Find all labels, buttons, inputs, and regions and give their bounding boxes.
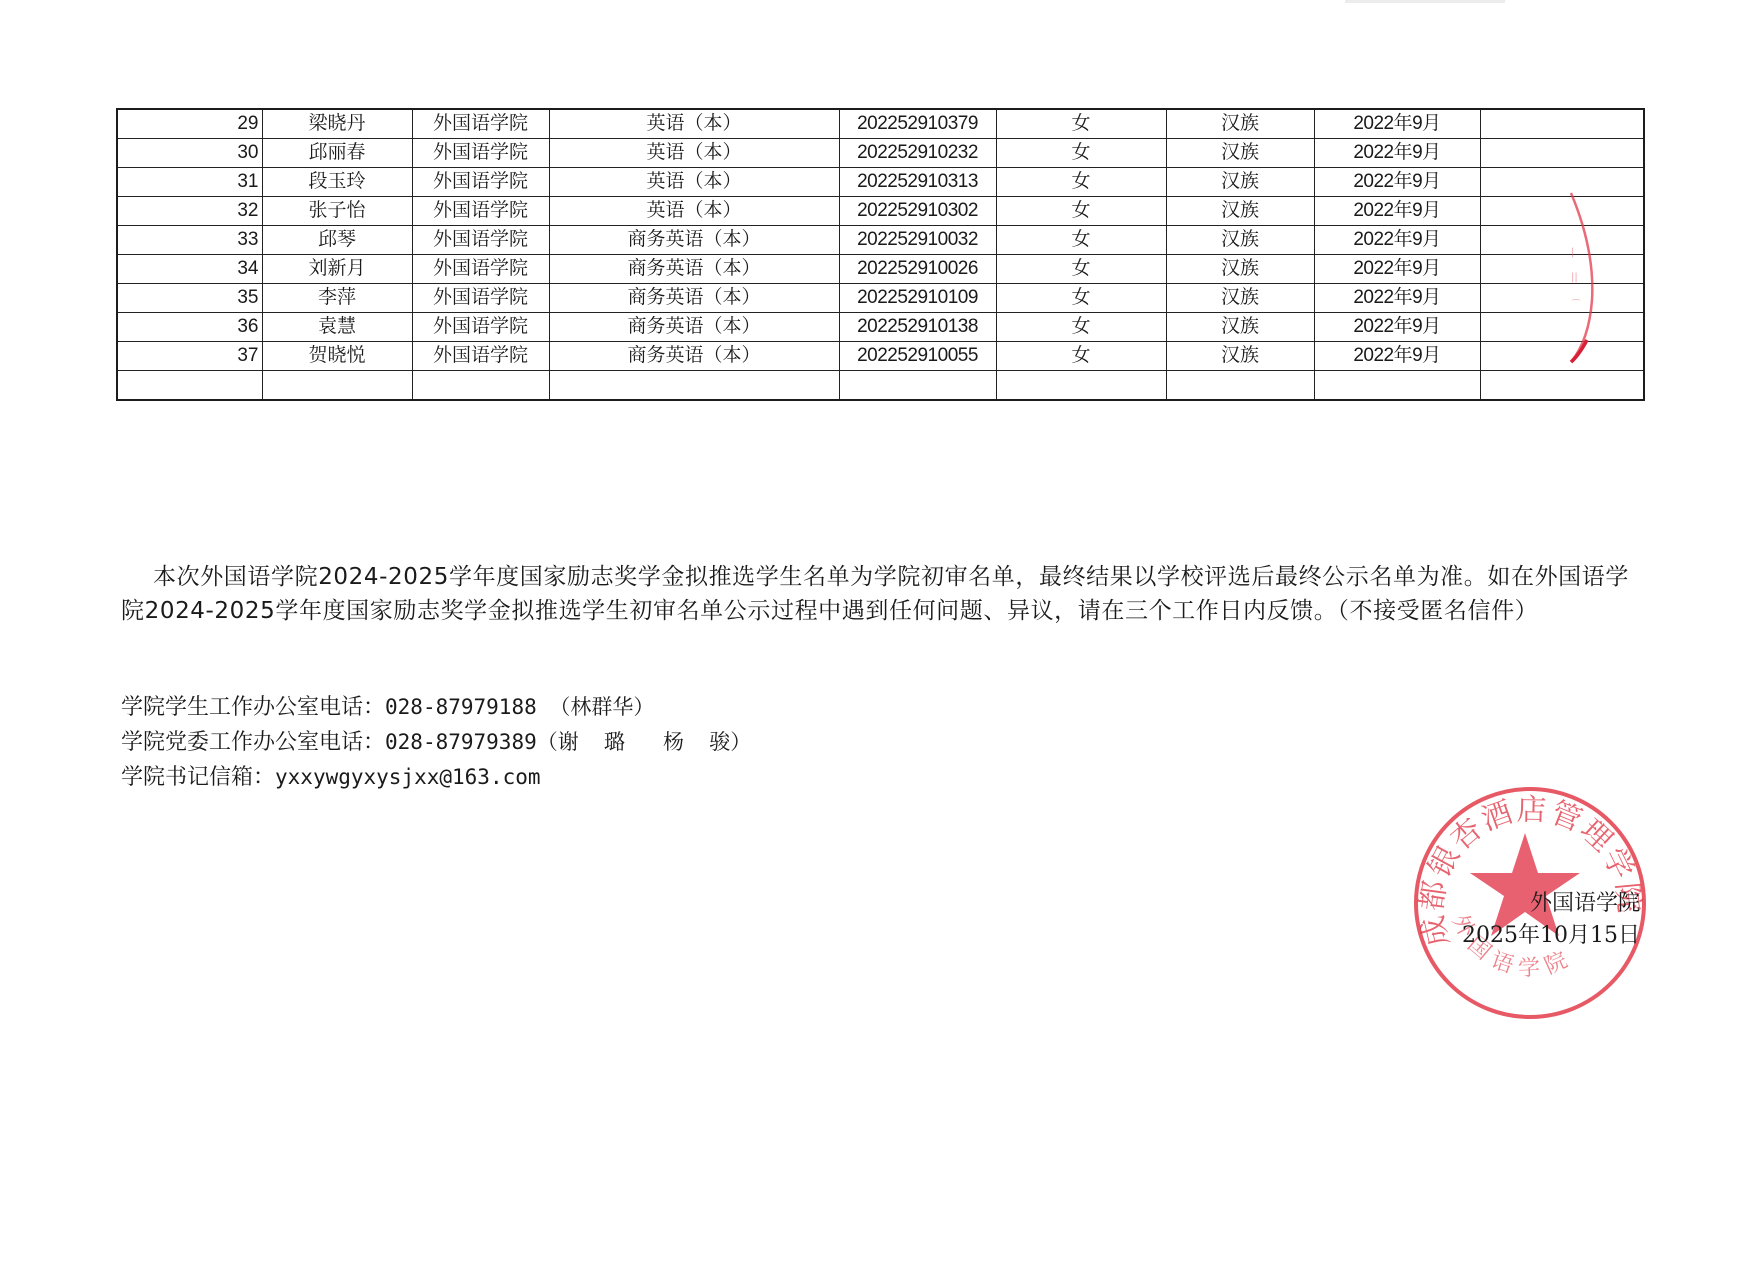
gender-cell: 女 bbox=[996, 313, 1166, 342]
email-label: 学院书记信箱： bbox=[121, 765, 275, 790]
row-number-cell: 37 bbox=[117, 342, 262, 371]
gender-cell: 女 bbox=[996, 342, 1166, 371]
student-name-cell: 袁慧 bbox=[262, 313, 412, 342]
ethnicity-cell: 汉族 bbox=[1166, 197, 1314, 226]
college-cell: 外国语学院 bbox=[412, 168, 549, 197]
gender-cell: 女 bbox=[996, 139, 1166, 168]
gender-cell: 女 bbox=[996, 284, 1166, 313]
college-cell: 外国语学院 bbox=[412, 313, 549, 342]
row-number-cell: 35 bbox=[117, 284, 262, 313]
table-row: 36袁慧外国语学院商务英语（本）202252910138女汉族2022年9月 bbox=[117, 313, 1644, 342]
svg-text:⌒: ⌒ bbox=[1571, 299, 1581, 311]
row-number-cell: 36 bbox=[117, 313, 262, 342]
table-row: 32张子怡外国语学院英语（本）202252910302女汉族2022年9月 bbox=[117, 197, 1644, 226]
row-number-cell: 29 bbox=[117, 109, 262, 139]
student-name-cell: 贺晓悦 bbox=[262, 342, 412, 371]
student-name-cell: 梁晓丹 bbox=[262, 109, 412, 139]
major-cell: 英语（本） bbox=[549, 168, 839, 197]
remark-cell bbox=[1480, 342, 1644, 371]
row-number-cell: 30 bbox=[117, 139, 262, 168]
student-name-cell bbox=[262, 371, 412, 401]
college-cell: 外国语学院 bbox=[412, 139, 549, 168]
remark-cell bbox=[1480, 371, 1644, 401]
student-id-cell: 202252910379 bbox=[839, 109, 996, 139]
gender-cell: 女 bbox=[996, 226, 1166, 255]
enrollment-date-cell: 2022年9月 bbox=[1314, 342, 1480, 371]
row-number-cell: 34 bbox=[117, 255, 262, 284]
svg-text:||: || bbox=[1571, 272, 1578, 283]
remark-cell bbox=[1480, 284, 1644, 313]
table-row: 29梁晓丹外国语学院英语（本）202252910379女汉族2022年9月 bbox=[117, 109, 1644, 139]
college-cell: 外国语学院 bbox=[412, 109, 549, 139]
major-cell: 商务英语（本） bbox=[549, 284, 839, 313]
student-id-cell bbox=[839, 371, 996, 401]
college-cell: 外国语学院 bbox=[412, 226, 549, 255]
college-cell: 外国语学院 bbox=[412, 284, 549, 313]
ethnicity-cell: 汉族 bbox=[1166, 342, 1314, 371]
student-name-cell: 邱丽春 bbox=[262, 139, 412, 168]
gender-cell: 女 bbox=[996, 197, 1166, 226]
ethnicity-cell: 汉族 bbox=[1166, 255, 1314, 284]
signature-org: 外国语学院 bbox=[1462, 888, 1640, 920]
college-cell: 外国语学院 bbox=[412, 197, 549, 226]
student-id-cell: 202252910302 bbox=[839, 197, 996, 226]
table-row: 30邱丽春外国语学院英语（本）202252910232女汉族2022年9月 bbox=[117, 139, 1644, 168]
ethnicity-cell: 汉族 bbox=[1166, 168, 1314, 197]
table-row: 34刘新月外国语学院商务英语（本）202252910026女汉族2022年9月 bbox=[117, 255, 1644, 284]
student-office-value: 028-87979188 （林群华） bbox=[385, 695, 654, 719]
ethnicity-cell: 汉族 bbox=[1166, 109, 1314, 139]
enrollment-date-cell bbox=[1314, 371, 1480, 401]
student-id-cell: 202252910109 bbox=[839, 284, 996, 313]
college-cell bbox=[412, 371, 549, 401]
party-office-value: 028-87979389（谢 璐 杨 骏） bbox=[385, 730, 751, 754]
major-cell: 商务英语（本） bbox=[549, 226, 839, 255]
remark-cell bbox=[1480, 168, 1644, 197]
major-cell bbox=[549, 371, 839, 401]
gender-cell bbox=[996, 371, 1166, 401]
enrollment-date-cell: 2022年9月 bbox=[1314, 284, 1480, 313]
gender-cell: 女 bbox=[996, 168, 1166, 197]
major-cell: 商务英语（本） bbox=[549, 342, 839, 371]
student-roster-table: 29梁晓丹外国语学院英语（本）202252910379女汉族2022年9月30邱… bbox=[116, 108, 1645, 401]
enrollment-date-cell: 2022年9月 bbox=[1314, 313, 1480, 342]
enrollment-date-cell: 2022年9月 bbox=[1314, 197, 1480, 226]
gender-cell: 女 bbox=[996, 255, 1166, 284]
student-office-phone: 学院学生工作办公室电话：028-87979188 （林群华） bbox=[121, 690, 751, 725]
ethnicity-cell bbox=[1166, 371, 1314, 401]
enrollment-date-cell: 2022年9月 bbox=[1314, 139, 1480, 168]
table-row: 35李萍外国语学院商务英语（本）202252910109女汉族2022年9月 bbox=[117, 284, 1644, 313]
major-cell: 商务英语（本） bbox=[549, 255, 839, 284]
row-number-cell: 32 bbox=[117, 197, 262, 226]
table-row: 31段玉玲外国语学院英语（本）202252910313女汉族2022年9月 bbox=[117, 168, 1644, 197]
major-cell: 英语（本） bbox=[549, 197, 839, 226]
enrollment-date-cell: 2022年9月 bbox=[1314, 226, 1480, 255]
svg-text:|: | bbox=[1571, 247, 1574, 258]
ethnicity-cell: 汉族 bbox=[1166, 284, 1314, 313]
notice-paragraph: 本次外国语学院2024-2025学年度国家励志奖学金拟推选学生名单为学院初审名单… bbox=[121, 560, 1641, 628]
ethnicity-cell: 汉族 bbox=[1166, 139, 1314, 168]
enrollment-date-cell: 2022年9月 bbox=[1314, 109, 1480, 139]
major-cell: 英语（本） bbox=[549, 109, 839, 139]
student-id-cell: 202252910055 bbox=[839, 342, 996, 371]
remark-cell bbox=[1480, 139, 1644, 168]
secretary-email: 学院书记信箱：yxxywgyxysjxx@163.com bbox=[121, 760, 751, 795]
enrollment-date-cell: 2022年9月 bbox=[1314, 255, 1480, 284]
table-row: 33邱琴外国语学院商务英语（本）202252910032女汉族2022年9月 bbox=[117, 226, 1644, 255]
student-id-cell: 202252910026 bbox=[839, 255, 996, 284]
signature-date: 2025年10月15日 bbox=[1462, 923, 1640, 948]
table-row: 37贺晓悦外国语学院商务英语（本）202252910055女汉族2022年9月 bbox=[117, 342, 1644, 371]
party-office-label: 学院党委工作办公室电话： bbox=[121, 730, 385, 755]
signature-block: 外国语学院 2025年10月15日 bbox=[1462, 888, 1640, 952]
remark-cell bbox=[1480, 109, 1644, 139]
remark-cell bbox=[1480, 313, 1644, 342]
party-office-phone: 学院党委工作办公室电话：028-87979389（谢 璐 杨 骏） bbox=[121, 725, 751, 760]
remark-cell bbox=[1480, 226, 1644, 255]
row-number-cell: 31 bbox=[117, 168, 262, 197]
major-cell: 英语（本） bbox=[549, 139, 839, 168]
college-cell: 外国语学院 bbox=[412, 342, 549, 371]
ethnicity-cell: 汉族 bbox=[1166, 313, 1314, 342]
college-cell: 外国语学院 bbox=[412, 255, 549, 284]
major-cell: 商务英语（本） bbox=[549, 313, 839, 342]
scan-artifact bbox=[1345, 0, 1505, 3]
student-id-cell: 202252910032 bbox=[839, 226, 996, 255]
student-office-label: 学院学生工作办公室电话： bbox=[121, 695, 385, 720]
ethnicity-cell: 汉族 bbox=[1166, 226, 1314, 255]
email-value[interactable]: yxxywgyxysjxx@163.com bbox=[275, 765, 541, 789]
student-name-cell: 邱琴 bbox=[262, 226, 412, 255]
roster-body: 29梁晓丹外国语学院英语（本）202252910379女汉族2022年9月30邱… bbox=[117, 109, 1644, 400]
student-name-cell: 李萍 bbox=[262, 284, 412, 313]
gender-cell: 女 bbox=[996, 109, 1166, 139]
enrollment-date-cell: 2022年9月 bbox=[1314, 168, 1480, 197]
contact-info: 学院学生工作办公室电话：028-87979188 （林群华） 学院党委工作办公室… bbox=[121, 690, 751, 795]
table-row bbox=[117, 371, 1644, 401]
student-name-cell: 张子怡 bbox=[262, 197, 412, 226]
student-name-cell: 段玉玲 bbox=[262, 168, 412, 197]
row-number-cell: 33 bbox=[117, 226, 262, 255]
remark-cell bbox=[1480, 255, 1644, 284]
notice-text: 本次外国语学院2024-2025学年度国家励志奖学金拟推选学生名单为学院初审名单… bbox=[121, 564, 1629, 624]
student-name-cell: 刘新月 bbox=[262, 255, 412, 284]
student-id-cell: 202252910313 bbox=[839, 168, 996, 197]
student-id-cell: 202252910138 bbox=[839, 313, 996, 342]
partial-seal-mark: | || ⌒ bbox=[1565, 190, 1605, 365]
student-id-cell: 202252910232 bbox=[839, 139, 996, 168]
row-number-cell bbox=[117, 371, 262, 401]
remark-cell bbox=[1480, 197, 1644, 226]
